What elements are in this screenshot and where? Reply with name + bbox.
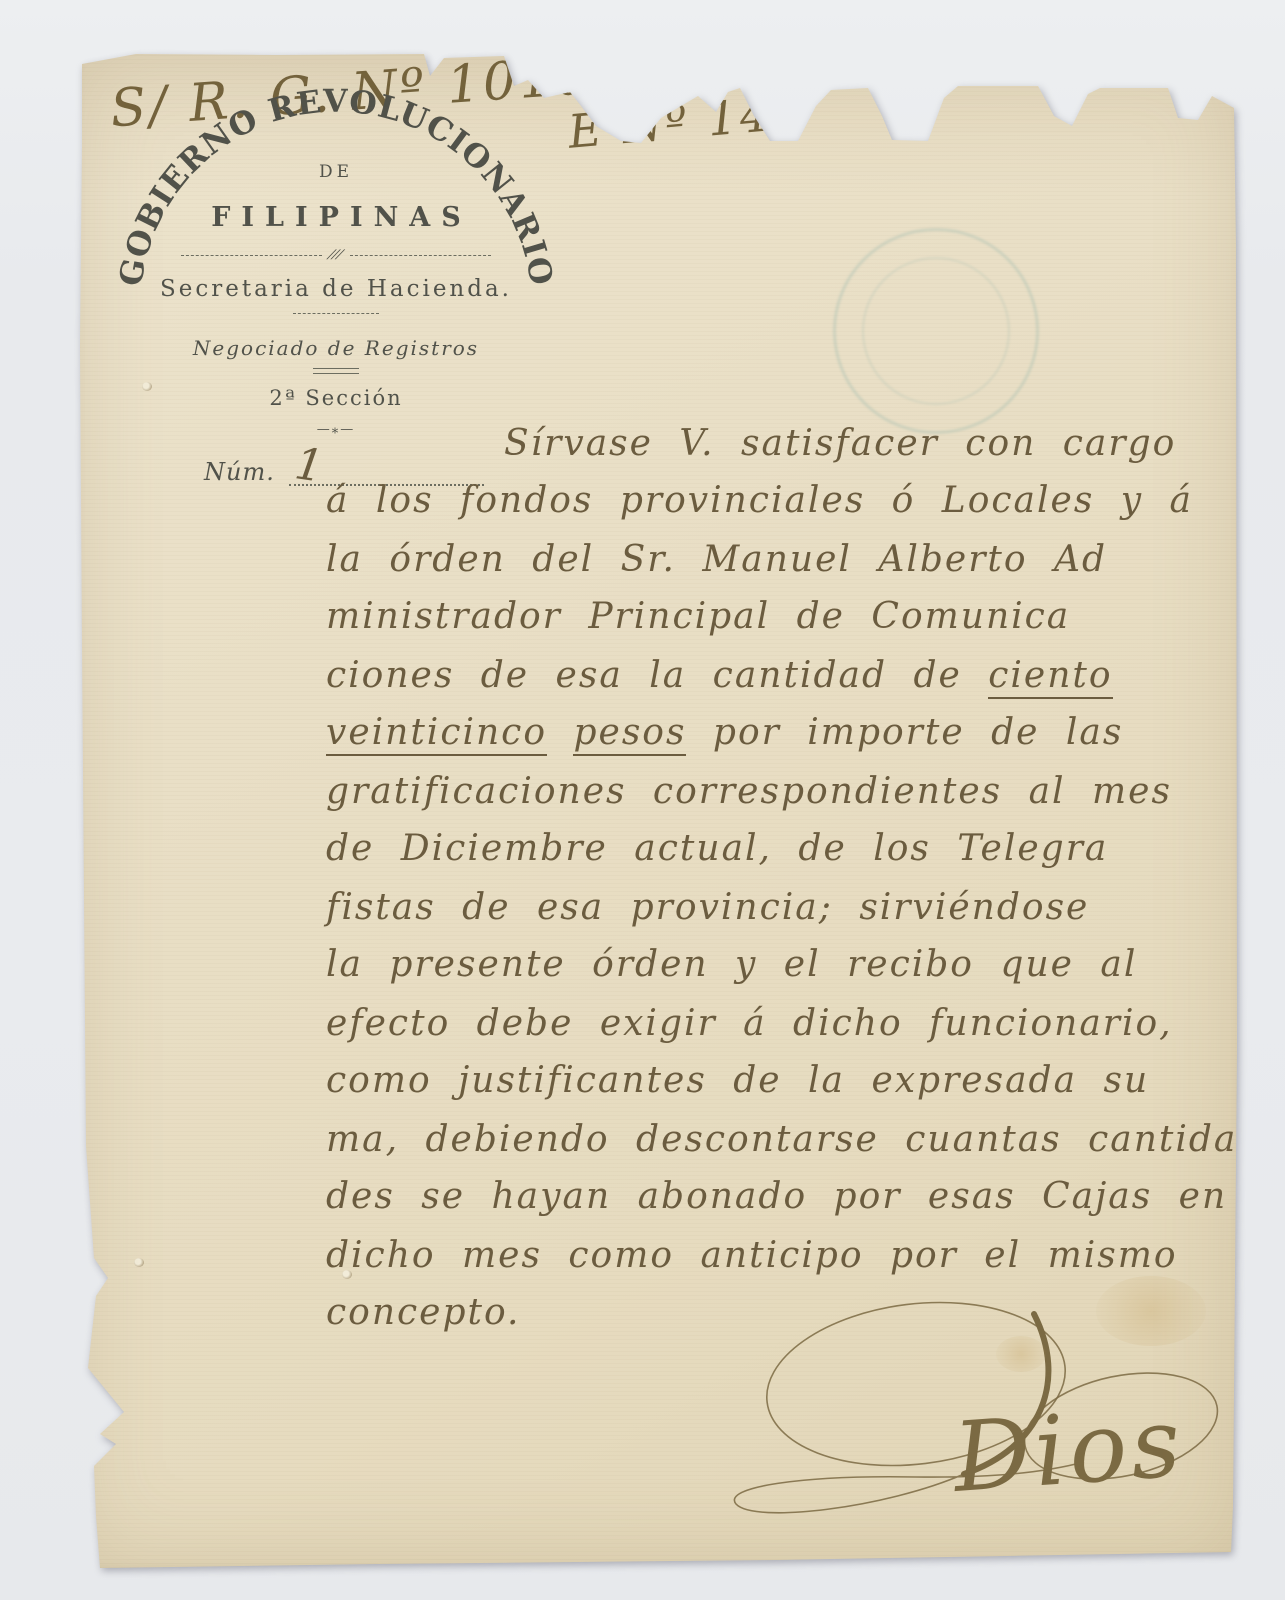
annotation-entry-number: E Nº 14 — [566, 87, 774, 159]
line-text: des se hayan abonado por esas Cajas en — [326, 1176, 1227, 1217]
handwritten-line: ministrador Principal de Comunica — [326, 588, 1226, 646]
handwritten-line: des se hayan abonado por esas Cajas en — [326, 1168, 1226, 1226]
line-text: como justificantes de la expresada su — [326, 1060, 1149, 1101]
line-text: fistas de esa provincia; sirviéndose — [326, 887, 1089, 928]
number-handwritten-value: 1 — [292, 442, 326, 489]
line-text: ciones de esa la cantidad de — [326, 655, 962, 696]
handwritten-line: ciones de esa la cantidad de ciento — [326, 647, 1226, 705]
signature-text: Dios — [948, 1386, 1188, 1514]
paper-hole — [142, 382, 152, 391]
line-text: á los fondos provinciales ó Locales y á — [326, 480, 1193, 521]
line-text: la presente órden y el recibo que al — [326, 944, 1137, 985]
letterhead-office: Secretaria de Hacienda. — [96, 276, 576, 302]
handwritten-line: como justificantes de la expresada su — [326, 1052, 1226, 1110]
handwritten-line: la órden del Sr. Manuel Alberto Ad — [326, 531, 1226, 589]
paper-hole — [134, 1258, 144, 1267]
number-label: Núm. — [204, 458, 275, 486]
paper-hole — [342, 1270, 352, 1279]
handwritten-line: efecto debe exigir á dicho funcionario, — [326, 995, 1226, 1053]
underlined-amount-word: ciento — [988, 655, 1112, 699]
handwritten-line: Sírvase V. satisfacer con cargo — [326, 415, 1226, 473]
letterhead-rule-double — [313, 368, 359, 374]
underlined-amount-word: pesos — [573, 712, 686, 756]
handwritten-line: gratificaciones correspondientes al mes — [326, 763, 1226, 821]
line-text: la órden del Sr. Manuel Alberto Ad — [326, 539, 1107, 580]
underlined-amount-word: veinticinco — [326, 712, 547, 756]
paper-stain — [996, 1336, 1046, 1372]
line-text: efecto debe exigir á dicho funcionario, — [326, 1003, 1173, 1044]
letterhead-rule-ornate: ⁄⁄⁄ — [181, 248, 491, 263]
handwritten-line: veinticinco pesos por importe de las — [326, 704, 1226, 762]
line-text: ministrador Principal de Comunica — [326, 596, 1070, 637]
letterhead-bureau: Negociado de Registros — [96, 336, 576, 360]
rule-segment — [350, 255, 491, 256]
letterhead-section: 2ª Sección — [96, 386, 576, 410]
letterhead-country: FILIPINAS — [96, 202, 576, 233]
faint-round-stamp — [833, 228, 1039, 434]
handwritten-line: de Diciembre actual, de los Telegra — [326, 820, 1226, 878]
line-text: dicho mes como anticipo por el mismo — [326, 1235, 1178, 1276]
paper-wrapper: S/ R. G. Nº 1010. E Nº 14 GOBIERNO REVOL… — [0, 0, 1285, 1600]
line-text: concepto. — [326, 1292, 520, 1333]
handwritten-line: á los fondos provinciales ó Locales y á — [326, 472, 1226, 530]
line-text: por importe de las — [713, 712, 1123, 753]
handwritten-line: ma, debiendo descontarse cuantas cantida — [326, 1111, 1226, 1169]
letterhead-rule-short — [293, 313, 379, 314]
letterhead-arc: GOBIERNO REVOLUCIONARIO — [106, 96, 566, 296]
rule-segment — [181, 255, 322, 256]
letterhead-de: DE — [96, 162, 576, 182]
line-text: Sírvase V. satisfacer con cargo — [504, 423, 1176, 464]
line-text: de Diciembre actual, de los Telegra — [326, 828, 1108, 869]
line-text: gratificaciones correspondientes al mes — [326, 771, 1172, 812]
rule-ornament: ⁄⁄⁄ — [327, 248, 345, 263]
handwritten-line: la presente órden y el recibo que al — [326, 936, 1226, 994]
handwritten-body: Sírvase V. satisfacer con cargo á los fo… — [326, 414, 1226, 1342]
handwritten-line: fistas de esa provincia; sirviéndose — [326, 879, 1226, 937]
paper-stain — [1096, 1276, 1206, 1346]
document-paper: S/ R. G. Nº 1010. E Nº 14 GOBIERNO REVOL… — [76, 46, 1240, 1568]
line-text: ma, debiendo descontarse cuantas cantida — [326, 1119, 1237, 1160]
